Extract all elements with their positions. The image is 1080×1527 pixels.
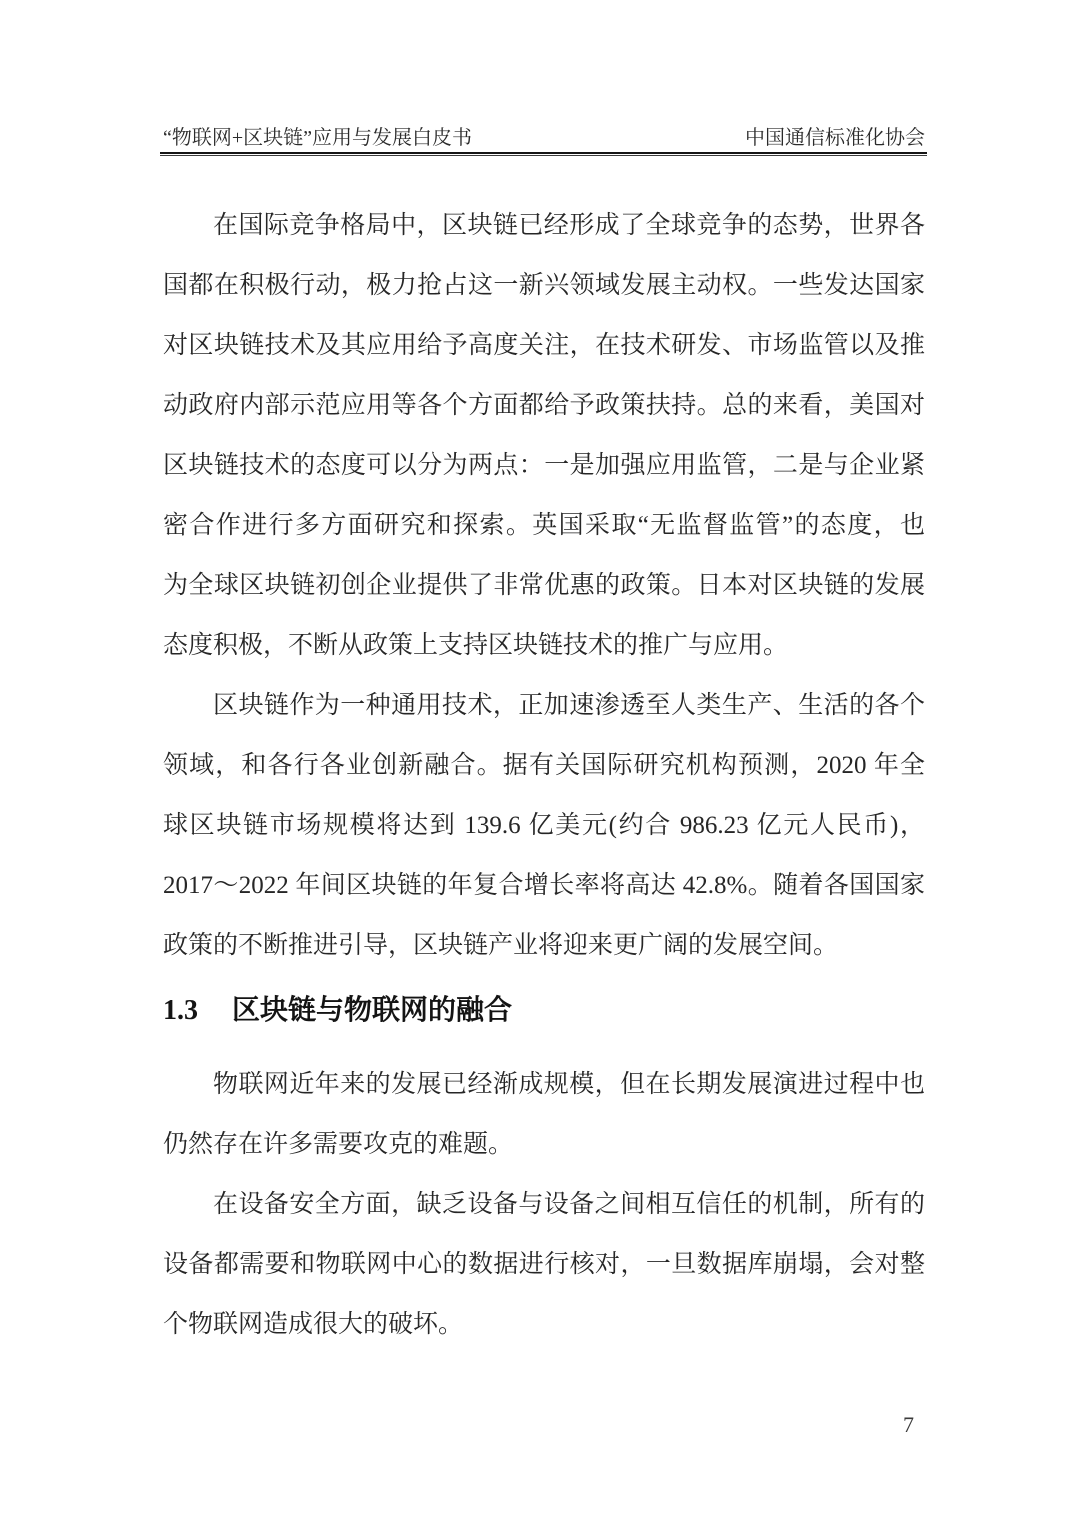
text-line: 动政府内部示范应用等各个方面都给予政策扶持。总的来看，美国对 [163,376,925,436]
paragraph-iot-development: 物联网近年来的发展已经渐成规模，但在长期发展演进过程中也 仍然存在许多需要攻克的… [163,1055,925,1175]
paragraph-market-forecast: 区块链作为一种通用技术，正加速渗透至人类生产、生活的各个 领域，和各行各业创新融… [163,676,925,976]
page-header: “物联网+区块链”应用与发展白皮书 中国通信标准化协会 [163,121,925,150]
text-line: 在国际竞争格局中，区块链已经形成了全球竞争的态势，世界各 [163,196,925,256]
text-line: 领域，和各行各业创新融合。据有关国际研究机构预测，2020 年全 [163,736,925,796]
document-body: 在国际竞争格局中，区块链已经形成了全球竞争的态势，世界各 国都在积极行动，极力抢… [163,196,925,1355]
text-line: 为全球区块链初创企业提供了非常优惠的政策。日本对区块链的发展 [163,556,925,616]
text-line: 球区块链市场规模将达到 139.6 亿美元(约合 986.23 亿元人民币)， [163,796,925,856]
text-line: 区块链技术的态度可以分为两点：一是加强应用监管，二是与企业紧 [163,436,925,496]
header-left-title: “物联网+区块链”应用与发展白皮书 [163,121,472,150]
text-line: 政策的不断推进引导，区块链产业将迎来更广阔的发展空间。 [163,916,925,976]
paragraph-international-competition: 在国际竞争格局中，区块链已经形成了全球竞争的态势，世界各 国都在积极行动，极力抢… [163,196,925,676]
text-line: 态度积极，不断从政策上支持区块链技术的推广与应用。 [163,616,925,676]
text-line: 区块链作为一种通用技术，正加速渗透至人类生产、生活的各个 [163,676,925,736]
header-rule [160,152,927,156]
text-line: 2017～2022 年间区块链的年复合增长率将高达 42.8%。随着各国国家 [163,856,925,916]
header-right-org: 中国通信标准化协会 [745,121,925,150]
text-line: 个物联网造成很大的破坏。 [163,1295,925,1355]
paragraph-device-security: 在设备安全方面，缺乏设备与设备之间相互信任的机制，所有的 设备都需要和物联网中心… [163,1175,925,1355]
text-line: 密合作进行多方面研究和探索。英国采取“无监督监管”的态度，也 [163,496,925,556]
page-number: 7 [903,1410,914,1440]
section-heading: 1.3区块链与物联网的融合 [163,980,925,1041]
text-line: 对区块链技术及其应用给予高度关注，在技术研发、市场监管以及推 [163,316,925,376]
section-number: 1.3 [163,981,198,1041]
text-line: 物联网近年来的发展已经渐成规模，但在长期发展演进过程中也 [163,1055,925,1115]
text-line: 仍然存在许多需要攻克的难题。 [163,1115,925,1175]
text-line: 国都在积极行动，极力抢占这一新兴领域发展主动权。一些发达国家 [163,256,925,316]
text-line: 设备都需要和物联网中心的数据进行核对，一旦数据库崩塌，会对整 [163,1235,925,1295]
text-line: 在设备安全方面，缺乏设备与设备之间相互信任的机制，所有的 [163,1175,925,1235]
document-page: “物联网+区块链”应用与发展白皮书 中国通信标准化协会 在国际竞争格局中，区块链… [0,0,1080,1527]
section-title: 区块链与物联网的融合 [232,994,512,1025]
